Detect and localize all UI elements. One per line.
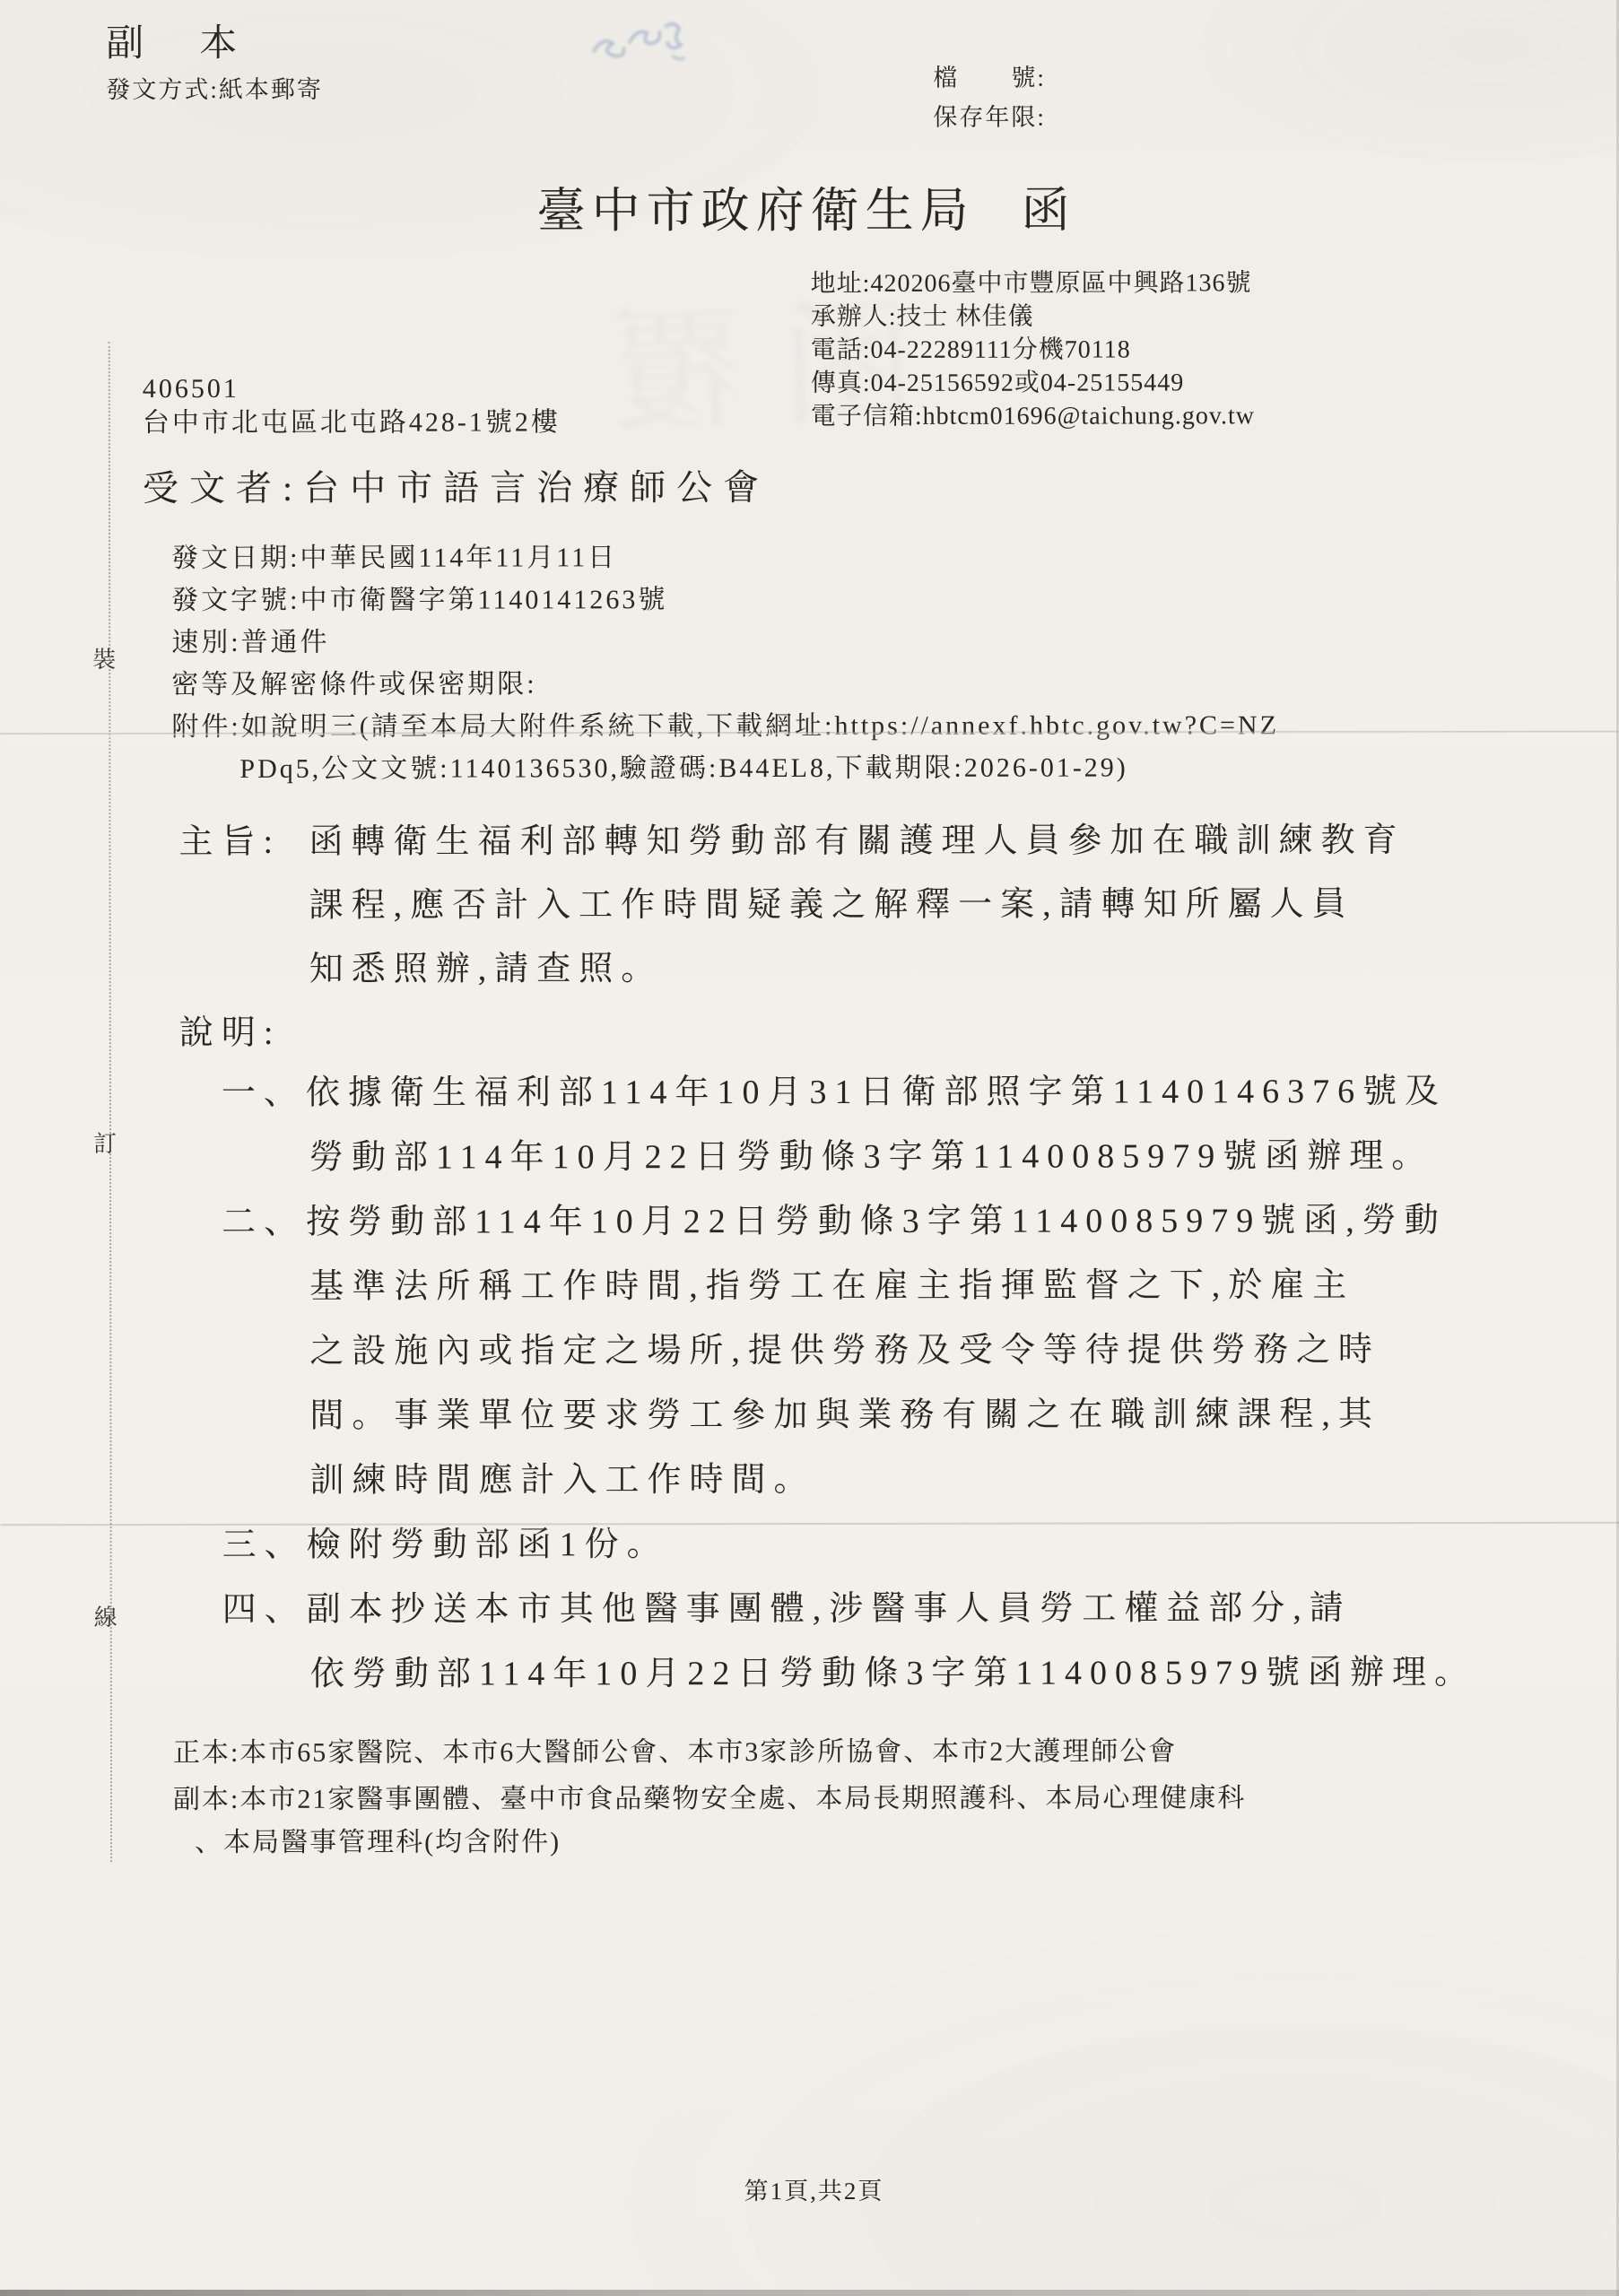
- description-item-line: 之設施內或指定之場所,提供勞務及受令等待提供勞務之時: [309, 1330, 1380, 1371]
- binding-char-zhuang: 裝: [92, 647, 116, 674]
- binding-char-ding: 訂: [93, 1131, 117, 1159]
- binding-dotted-line: [109, 342, 112, 1862]
- doc-type-label: 函: [1021, 183, 1075, 240]
- binding-char-xian: 線: [94, 1605, 118, 1632]
- description-item-line: 四、副本抄送本市其他醫事團體,涉醫事人員勞工權益部分,請: [222, 1588, 1352, 1631]
- attachment-note-line1: 附件:如說明三(請至本局大附件系統下載,下載網址:https://annexf.…: [171, 709, 1279, 743]
- speed-class: 速別:普通件: [171, 627, 329, 659]
- security-class: 密等及解密條件或保密期限:: [171, 668, 536, 700]
- delivery-method: 發文方式:紙本郵寄: [106, 76, 323, 105]
- description-item-line: 間。事業單位要求勞工參加與業務有關之在職訓練課程,其: [309, 1395, 1380, 1436]
- subject-label: 主旨:: [178, 822, 281, 863]
- agency-phone: 電話:04-22289111分機70118: [811, 335, 1131, 365]
- description-item-line: 二、按勞動部114年10月22日勞動條3字第1140085979號函,勞動: [222, 1201, 1447, 1243]
- description-item-line: 依勞動部114年10月22日勞動條3字第1140085979號函辦理。: [310, 1653, 1476, 1695]
- retention-period-label: 保存年限:: [933, 104, 1046, 133]
- recipient-address: 台中市北屯區北屯路428-1號2樓: [143, 406, 561, 439]
- recipient-name: 受文者:台中市語言治療師公會: [143, 466, 770, 509]
- agency-contact-person: 承辦人:技士 林佳儀: [811, 302, 1034, 332]
- agency-address: 地址:420206臺中市豐原區中興路136號: [811, 268, 1252, 299]
- issue-date: 發文日期:中華民國114年11月11日: [171, 542, 617, 574]
- description-item-line: 三、檢附勞動部函1份。: [222, 1525, 669, 1566]
- copy-recipients-line2: 、本局醫事管理科(均含附件): [195, 1826, 561, 1858]
- doc-number: 發文字號:中市衛醫字第1140141263號: [171, 584, 667, 616]
- page-indicator: 第1頁,共2頁: [744, 2178, 884, 2206]
- description-item-line: 訓練時間應計入工作時間。: [309, 1460, 815, 1501]
- description-label: 說明:: [179, 1013, 282, 1054]
- copy-recipients-line1: 副本:本市21家醫事團體、臺中市食品藥物安全處、本局長期照護科、本局心理健康科: [173, 1782, 1246, 1815]
- description-item-line: 勞動部114年10月22日勞動條3字第1140085979號函辦理。: [309, 1136, 1433, 1178]
- primary-recipients: 正本:本市65家醫院、本市6大醫師公會、本市3家診所協會、本市2大護理師公會: [173, 1735, 1177, 1769]
- subject-line: 課程,應否計入工作時間疑義之解釋一案,請轉知所屬人員: [309, 884, 1354, 926]
- scanned-official-letter-page: 函覆 副 本 發文方式:紙本郵寄 檔 號: 保存年限: 臺中市政府衛生局 函 地…: [0, 0, 1619, 2296]
- scan-content: 函覆 副 本 發文方式:紙本郵寄 檔 號: 保存年限: 臺中市政府衛生局 函 地…: [0, 0, 1619, 2296]
- file-number-label: 檔 號:: [933, 65, 1046, 93]
- description-item-line: 一、依據衛生福利部114年10月31日衛部照字第1140146376號及: [222, 1072, 1447, 1114]
- agency-email: 電子信箱:hbtcm01696@taichung.gov.tw: [811, 401, 1255, 431]
- description-item-line: 基準法所稱工作時間,指勞工在雇主指揮監督之下,於雇主: [309, 1265, 1354, 1307]
- subject-line: 函轉衛生福利部轉知勞動部有關護理人員參加在職訓練教育: [309, 821, 1405, 863]
- agency-fax: 傳真:04-25156592或04-25155449: [811, 368, 1184, 398]
- attachment-note-line2: PDq5,公文文號:1140136530,驗證碼:B44EL8,下載期限:202…: [239, 752, 1127, 786]
- scan-bottom-edge: [0, 2290, 1619, 2296]
- agency-title: 臺中市政府衛生局: [536, 183, 974, 240]
- recipient-postal-code: 406501: [143, 373, 239, 405]
- blue-ink-stamp: [586, 16, 693, 72]
- copy-label: 副 本: [106, 22, 246, 67]
- subject-line: 知悉照辦,請查照。: [309, 949, 664, 989]
